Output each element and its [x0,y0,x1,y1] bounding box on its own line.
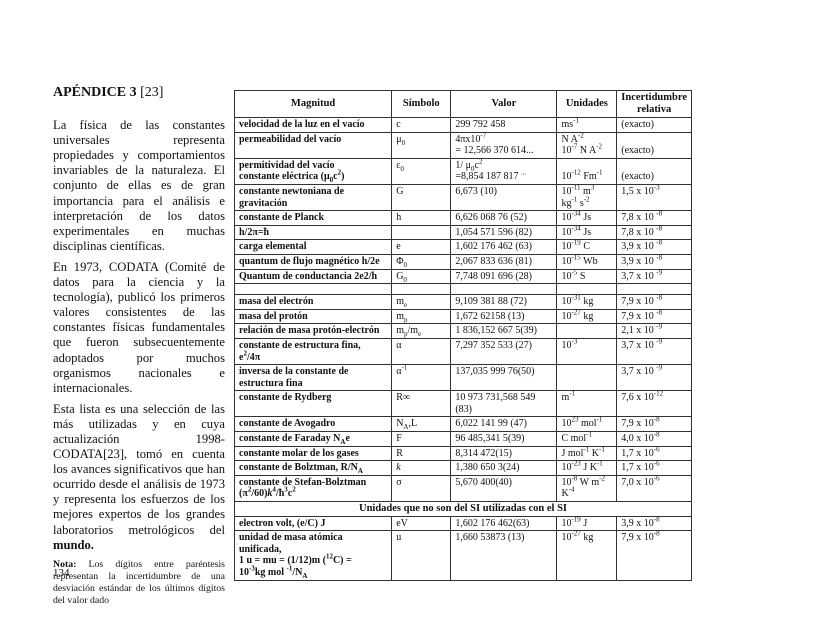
table-row: constante de Planckh6,626 068 76 (52)10-… [235,211,692,226]
cell-valor: 1,602 176 462 (63) [451,240,557,255]
cell-valor: 1 836,152 667 5(39) [451,324,557,339]
table-row: quantum de flujo magnético h/2eΦ02,067 8… [235,254,692,269]
note-text: Los dígitos entre paréntesis representan… [53,559,225,606]
cell-simbolo: Φ0 [392,254,451,269]
cell-unidades: 10-27 kg [557,531,617,580]
table-row: inversa de la constante de estructura fi… [235,365,692,391]
table-row: Quantum de conductancia 2e2/hG07,748 091… [235,269,692,284]
cell-unidades: 10-23 J K-1 [557,461,617,476]
cell-unidades: 10-3 [557,338,617,364]
cell-valor: 1,602 176 462(63) [451,516,557,531]
cell-magnitud: constante de Stefan-Bolztman(π2/60)k4/ħ3… [235,475,392,501]
si-constants-body: velocidad de la luz en el vacíoc299 792 … [235,118,692,502]
cell-incertidumbre: 7,6 x 10-12 [617,391,692,417]
cell-valor: 6,673 (10) [451,184,557,210]
cell-magnitud: h/2π=ħ [235,225,392,240]
cell-unidades: 10-12 Fm-1 [557,158,617,184]
cell-magnitud: Quantum de conductancia 2e2/h [235,269,392,284]
cell-valor: 96 485,341 5(39) [451,432,557,447]
header-magnitud: Magnitud [235,91,392,118]
table-row: constante de Stefan-Bolztman(π2/60)k4/ħ3… [235,475,692,501]
cell-unidades: N A-210-7 N A-2 [557,132,617,158]
cell-unidades: 10-8 W m-2K-4 [557,475,617,501]
header-unidades: Unidades [557,91,617,118]
cell-magnitud: constante de Planck [235,211,392,226]
cell-simbolo [392,225,451,240]
appendix-heading: APÉNDICE 3 [23] [53,85,225,100]
cell-simbolo: h [392,211,451,226]
cell-unidades [557,365,617,391]
cell-incertidumbre: 1,7 x 10-6 [617,461,692,476]
cell-unidades [557,324,617,339]
table-row: h/2π=ħ1,054 571 596 (82)10-34 Js7,8 x 10… [235,225,692,240]
cell-simbolo: σ [392,475,451,501]
table-header-row: Magnitud Símbolo Valor Unidades Incertid… [235,91,692,118]
table-row: constante de RydbergR∞10 973 731,568 549… [235,391,692,417]
table-row: constante de AvogadroNA,L6,022 141 99 (4… [235,417,692,432]
cell-magnitud: permitividad del vacíoconstante eléctric… [235,158,392,184]
cell-valor: 4πx10-7= 12,566 370 614... [451,132,557,158]
table-row: carga elementale1,602 176 462 (63)10-19 … [235,240,692,255]
cell-unidades: 10-15 Wb [557,254,617,269]
cell-valor: 1/ μ0c2=8,854 187 817 ... [451,158,557,184]
cell-valor: 9,109 381 88 (72) [451,295,557,310]
cell-simbolo: α [392,338,451,364]
cell-valor: 1,672 62158 (13) [451,309,557,324]
cell-incertidumbre: (exacto) [617,158,692,184]
table-row: velocidad de la luz en el vacíoc299 792 … [235,118,692,133]
cell-magnitud: masa del protón [235,309,392,324]
cell-valor: 1,054 571 596 (82) [451,225,557,240]
cell-incertidumbre: 7,9 x 10 -8 [617,309,692,324]
cell-simbolo: u [392,531,451,580]
cell-magnitud: constante de estructura fina,e2/4π [235,338,392,364]
cell-incertidumbre: 7,9 x 10 -8 [617,295,692,310]
table-row: constante de estructura fina,e2/4πα7,297… [235,338,692,364]
cell-simbolo: ε0 [392,158,451,184]
non-si-constants-body: electron volt, (e/C) JeV1,602 176 462(63… [235,516,692,580]
cell-magnitud: constante de Rydberg [235,391,392,417]
cell-incertidumbre: 3,7 x 10 -9 [617,365,692,391]
cell-simbolo: R [392,446,451,461]
cell-magnitud: electron volt, (e/C) J [235,516,392,531]
cell-valor: 1,660 53873 (13) [451,531,557,580]
cell-magnitud: carga elemental [235,240,392,255]
cell-incertidumbre: 3,7 x 10 -9 [617,338,692,364]
table-row: unidad de masa atómica unificada,1 u = m… [235,531,692,580]
cell-unidades: C mol-1 [557,432,617,447]
paragraph-3-bold-end: mundo. [53,538,94,552]
cell-incertidumbre: 1,7 x 10-6 [617,446,692,461]
cell-incertidumbre: 7,9 x 10-8 [617,531,692,580]
paragraph-2: En 1973, CODATA (Comité de datos para la… [53,260,225,396]
table-row: constante molar de los gasesR8,314 472(1… [235,446,692,461]
cell-valor: 2,067 833 636 (81) [451,254,557,269]
cell-incertidumbre: 3,9 x 10 -8 [617,240,692,255]
cell-simbolo: R∞ [392,391,451,417]
cell-valor: 1,380 650 3(24) [451,461,557,476]
cell-unidades: m-1 [557,391,617,417]
cell-magnitud: constante newtoniana de gravitación [235,184,392,210]
cell-simbolo: eV [392,516,451,531]
cell-magnitud: constante molar de los gases [235,446,392,461]
cell-simbolo: G0 [392,269,451,284]
cell-valor: 137,035 999 76(50) [451,365,557,391]
spacer-row [235,284,692,295]
table-row: permeabilidad del vacíoμ04πx10-7= 12,566… [235,132,692,158]
cell-valor: 7,748 091 696 (28) [451,269,557,284]
cell-unidades: J mol-1 K-1 [557,446,617,461]
cell-unidades: 10-34 Js [557,211,617,226]
intro-column: APÉNDICE 3 [23] La física de las constan… [53,85,225,613]
cell-unidades: 10-31 kg [557,295,617,310]
cell-simbolo: c [392,118,451,133]
cell-incertidumbre: (exacto) [617,132,692,158]
table-row: masa del protónmp1,672 62158 (13)10-27 k… [235,309,692,324]
page-number: 134 [53,567,70,579]
cell-incertidumbre: 2,1 x 10 -9 [617,324,692,339]
cell-simbolo: α-1 [392,365,451,391]
paragraph-3-text: Esta lista es una selección de las más u… [53,402,225,537]
cell-incertidumbre: 1,5 x 10-3 [617,184,692,210]
note: Nota: Los dígitos entre paréntesis repre… [53,559,225,607]
paragraph-1: La física de las constantes universales … [53,118,225,254]
cell-simbolo: mp/me [392,324,451,339]
section-header-row: Unidades que no son del SI utilizadas co… [235,502,692,517]
cell-magnitud: masa del electrón [235,295,392,310]
cell-magnitud: relación de masa protón-electrón [235,324,392,339]
cell-valor: 6,626 068 76 (52) [451,211,557,226]
table-row: constante de Faraday NAeF96 485,341 5(39… [235,432,692,447]
cell-unidades: ms-1 [557,118,617,133]
cell-magnitud: constante de Bolztman, R/NA [235,461,392,476]
cell-unidades: 10-5 S [557,269,617,284]
cell-magnitud: velocidad de la luz en el vacío [235,118,392,133]
cell-magnitud: quantum de flujo magnético h/2e [235,254,392,269]
cell-incertidumbre: 7,9 x 10-8 [617,417,692,432]
cell-simbolo: NA,L [392,417,451,432]
cell-unidades: 10-19 C [557,240,617,255]
cell-unidades: 10-19 J [557,516,617,531]
cell-incertidumbre: 3,9 x 10 -8 [617,254,692,269]
cell-unidades: 1023 mol-1 [557,417,617,432]
table-row: relación de masa protón-electrónmp/me1 8… [235,324,692,339]
cell-simbolo: μ0 [392,132,451,158]
table-row: constante newtoniana de gravitaciónG6,67… [235,184,692,210]
table-row: permitividad del vacíoconstante eléctric… [235,158,692,184]
table-row: constante de Bolztman, R/NAk1,380 650 3(… [235,461,692,476]
cell-magnitud: constante de Faraday NAe [235,432,392,447]
cell-simbolo: F [392,432,451,447]
header-incertidumbre: Incertidumbre relativa [617,91,692,118]
heading-text: APÉNDICE 3 [53,85,137,100]
cell-magnitud: constante de Avogadro [235,417,392,432]
cell-incertidumbre: (exacto) [617,118,692,133]
paragraph-3: Esta lista es una selección de las más u… [53,402,225,553]
cell-unidades: 10-27 kg [557,309,617,324]
cell-incertidumbre: 3,9 x 10-8 [617,516,692,531]
cell-magnitud: permeabilidad del vacío [235,132,392,158]
cell-incertidumbre: 4,0 x 10-8 [617,432,692,447]
cell-incertidumbre: 7,0 x 10-6 [617,475,692,501]
heading-reference: [23] [140,85,163,100]
cell-simbolo: me [392,295,451,310]
cell-valor: 5,670 400(40) [451,475,557,501]
table-row: electron volt, (e/C) JeV1,602 176 462(63… [235,516,692,531]
cell-incertidumbre: 3,7 x 10 -9 [617,269,692,284]
cell-magnitud: unidad de masa atómica unificada,1 u = m… [235,531,392,580]
cell-valor: 7,297 352 533 (27) [451,338,557,364]
cell-simbolo: e [392,240,451,255]
header-valor: Valor [451,91,557,118]
cell-simbolo: G [392,184,451,210]
cell-simbolo: k [392,461,451,476]
header-simbolo: Símbolo [392,91,451,118]
cell-incertidumbre: 7,8 x 10 -8 [617,225,692,240]
cell-magnitud: inversa de la constante de estructura fi… [235,365,392,391]
constants-table: Magnitud Símbolo Valor Unidades Incertid… [234,90,692,581]
cell-unidades: 10-11 m3kg-1 s-2 [557,184,617,210]
non-si-section: Unidades que no son del SI utilizadas co… [235,502,692,517]
cell-valor: 6,022 141 99 (47) [451,417,557,432]
cell-valor: 299 792 458 [451,118,557,133]
table-row: masa del electrónme9,109 381 88 (72)10-3… [235,295,692,310]
cell-valor: 8,314 472(15) [451,446,557,461]
section-title: Unidades que no son del SI utilizadas co… [235,502,692,517]
cell-unidades: 10-34 Js [557,225,617,240]
cell-simbolo: mp [392,309,451,324]
cell-incertidumbre: 7,8 x 10 -8 [617,211,692,226]
cell-valor: 10 973 731,568 549 (83) [451,391,557,417]
